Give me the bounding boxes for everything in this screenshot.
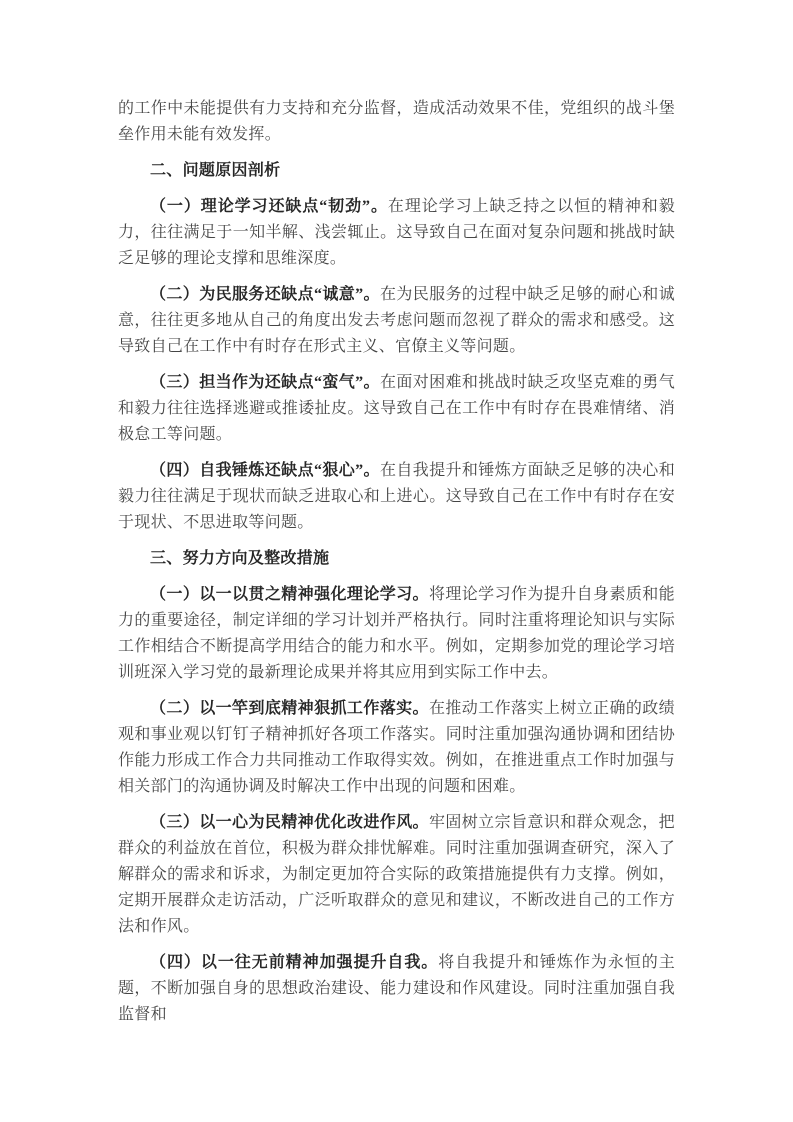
text-run: 的工作中未能提供有力支持和充分监督，造成活动效果不佳，党组织的战斗堡垒作用未能有…: [118, 100, 675, 143]
bold-run: （二）为民服务还缺点“诚意”。: [150, 286, 380, 303]
bold-run: （四）自我锤炼还缺点“狠心”。: [150, 462, 380, 479]
bold-run: （一）以一以贯之精神强化理论学习。: [150, 586, 429, 603]
bold-run: （三）担当作为还缺点“蛮气”。: [150, 374, 380, 391]
section-heading: 二、问题原因剖析: [118, 158, 675, 184]
paragraph: （四）以一往无前精神加强提升自我。将自我提升和锤炼作为永恒的主题，不断加强自身的…: [118, 950, 675, 1028]
bold-run: （二）以一竿到底精神狠抓工作落实。: [150, 700, 429, 717]
paragraph: （四）自我锤炼还缺点“狠心”。在自我提升和锤炼方面缺乏足够的决心和毅力往往满足于…: [118, 458, 675, 536]
paragraph: 的工作中未能提供有力支持和充分监督，造成活动效果不佳，党组织的战斗堡垒作用未能有…: [118, 96, 675, 148]
paragraph: （二）以一竿到底精神狠抓工作落实。在推动工作落实上树立正确的政绩观和事业观以钉钉…: [118, 696, 675, 800]
paragraph: （一）以一以贯之精神强化理论学习。将理论学习作为提升自身素质和能力的重要途径，制…: [118, 582, 675, 686]
bold-run: 三、努力方向及整改措施: [150, 550, 329, 567]
bold-run: （一）理论学习还缺点“韧劲”。: [150, 198, 388, 215]
bold-run: （四）以一往无前精神加强提升自我。: [150, 954, 438, 971]
paragraph: （三）担当作为还缺点“蛮气”。在面对困难和挑战时缺乏攻坚克难的勇气和毅力往往选择…: [118, 370, 675, 448]
text-run: 牢固树立宗旨意识和群众观念，把群众的利益放在首位，积极为群众排忧解难。同时注重加…: [118, 814, 675, 935]
paragraph: （一）理论学习还缺点“韧劲”。在理论学习上缺乏持之以恒的精神和毅力，往往满足于一…: [118, 194, 675, 272]
section-heading: 三、努力方向及整改措施: [118, 546, 675, 572]
document-page: 的工作中未能提供有力支持和充分监督，造成活动效果不佳，党组织的战斗堡垒作用未能有…: [0, 0, 793, 1122]
bold-run: （三）以一心为民精神优化改进作风。: [150, 814, 429, 831]
paragraph: （三）以一心为民精神优化改进作风。牢固树立宗旨意识和群众观念，把群众的利益放在首…: [118, 810, 675, 940]
paragraph: （二）为民服务还缺点“诚意”。在为民服务的过程中缺乏足够的耐心和诚意，往往更多地…: [118, 282, 675, 360]
document-body: 的工作中未能提供有力支持和充分监督，造成活动效果不佳，党组织的战斗堡垒作用未能有…: [118, 96, 675, 1028]
bold-run: 二、问题原因剖析: [150, 162, 280, 179]
